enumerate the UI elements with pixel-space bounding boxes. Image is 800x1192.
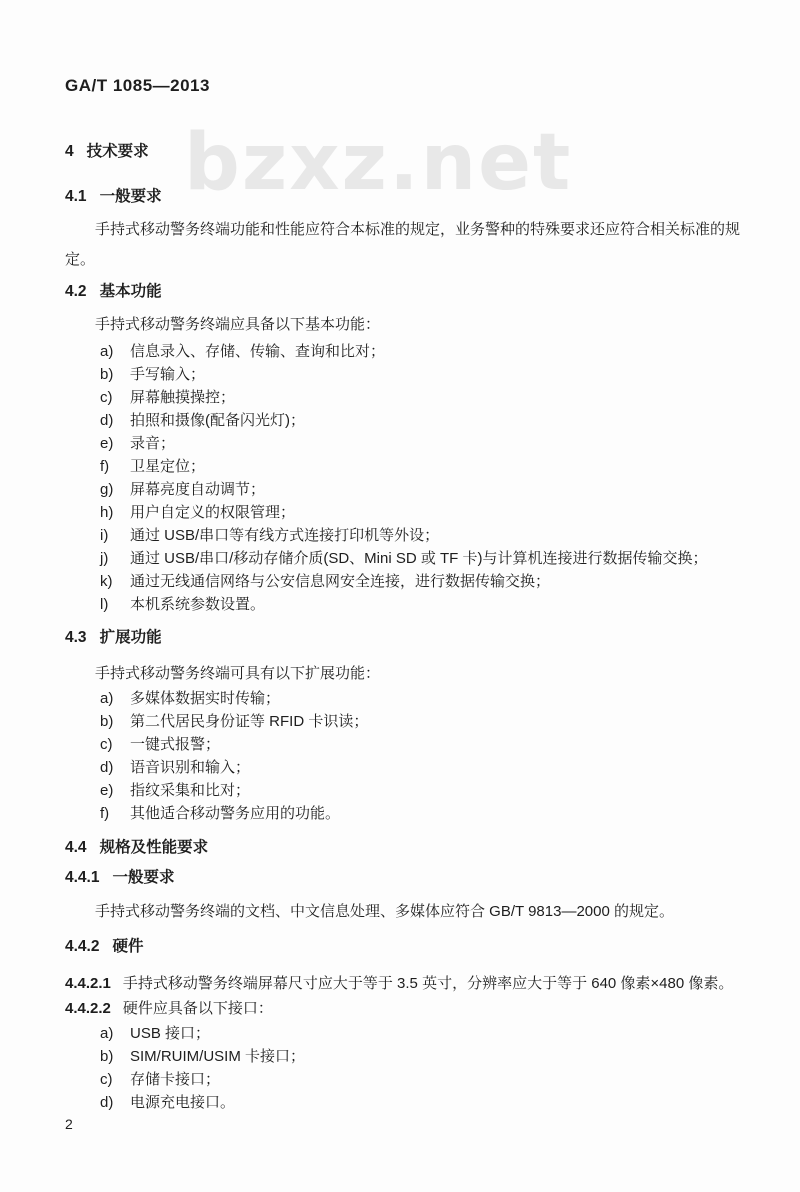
list-item-text: USB 接口； <box>130 1022 751 1045</box>
list-item-text: 第二代居民身份证等 RFID 卡识读； <box>130 710 751 733</box>
list-item-text: 存储卡接口； <box>130 1068 751 1091</box>
list-item: d)电源充电接口。 <box>100 1091 751 1114</box>
list-item-text: 其他适合移动警务应用的功能。 <box>130 802 751 825</box>
section-title: 扩展功能 <box>100 629 162 646</box>
list-item: g)屏幕亮度自动调节； <box>100 478 751 501</box>
list-item-text: 拍照和摄像(配备闪光灯)； <box>130 409 751 432</box>
list-item-text: 屏幕触摸操控； <box>130 386 751 409</box>
list-item: a)USB 接口； <box>100 1022 751 1045</box>
list-item-text: 手写输入； <box>130 363 751 386</box>
section-number: 4.4 <box>65 838 87 858</box>
list-item-label: e) <box>100 432 130 455</box>
list-item: b)手写输入； <box>100 363 751 386</box>
list-item: b)第二代居民身份证等 RFID 卡识读； <box>100 710 751 733</box>
list-item-text: 通过 USB/串口/移动存储介质(SD、Mini SD 或 TF 卡)与计算机连… <box>130 547 751 570</box>
list-item: a)多媒体数据实时传输； <box>100 687 751 710</box>
list-item-label: l) <box>100 593 130 616</box>
list-item-text: 用户自定义的权限管理； <box>130 501 751 524</box>
list-item-label: c) <box>100 386 130 409</box>
list-item: f)卫星定位； <box>100 455 751 478</box>
list-item: d)语音识别和输入； <box>100 756 751 779</box>
list-intro-4-2: 手持式移动警务终端应具备以下基本功能： <box>65 313 751 336</box>
list-item-label: e) <box>100 779 130 802</box>
page-number: 2 <box>65 1114 751 1134</box>
section-heading-4-1: 4.1一般要求 <box>65 187 751 207</box>
section-title: 规格及性能要求 <box>100 839 209 856</box>
clause-4-4-2-1: 4.4.2.1手持式移动警务终端屏幕尺寸应大于等于 3.5 英寸，分辨率应大于等… <box>65 972 751 995</box>
section-number: 4.1 <box>65 187 87 207</box>
list-item: i)通过 USB/串口等有线方式连接打印机等外设； <box>100 524 751 547</box>
clause-number: 4.4.2.2 <box>65 1000 111 1017</box>
list-4-2: a)信息录入、存储、传输、查询和比对； b)手写输入； c)屏幕触摸操控； d)… <box>65 340 751 616</box>
section-number: 4.4.1 <box>65 868 99 888</box>
clause-number: 4.4.2.1 <box>65 975 111 992</box>
clause-4-4-2-2: 4.4.2.2硬件应具备以下接口： <box>65 997 751 1020</box>
page-content: GA/T 1085—2013 4技术要求 4.1一般要求 手持式移动警务终端功能… <box>65 0 751 1134</box>
list-item-text: 通过无线通信网络与公安信息网安全连接，进行数据传输交换； <box>130 570 751 593</box>
section-number: 4 <box>65 142 74 162</box>
section-heading-4-4-1: 4.4.1一般要求 <box>65 868 751 888</box>
section-title: 一般要求 <box>100 188 162 205</box>
list-item-label: b) <box>100 710 130 733</box>
list-item-text: 卫星定位； <box>130 455 751 478</box>
list-item-text: 信息录入、存储、传输、查询和比对； <box>130 340 751 363</box>
list-item-label: a) <box>100 340 130 363</box>
list-item-text: 指纹采集和比对； <box>130 779 751 802</box>
list-item: k)通过无线通信网络与公安信息网安全连接，进行数据传输交换； <box>100 570 751 593</box>
list-item: j)通过 USB/串口/移动存储介质(SD、Mini SD 或 TF 卡)与计算… <box>100 547 751 570</box>
section-title: 硬件 <box>112 938 143 955</box>
list-item-label: h) <box>100 501 130 524</box>
section-number: 4.2 <box>65 282 87 302</box>
list-item: l)本机系统参数设置。 <box>100 593 751 616</box>
list-4-3: a)多媒体数据实时传输； b)第二代居民身份证等 RFID 卡识读； c)一键式… <box>65 687 751 825</box>
section-title: 基本功能 <box>100 283 162 300</box>
list-item-text: 多媒体数据实时传输； <box>130 687 751 710</box>
list-item-text: 屏幕亮度自动调节； <box>130 478 751 501</box>
list-item-label: i) <box>100 524 130 547</box>
list-item-label: f) <box>100 455 130 478</box>
section-heading-4-4-2: 4.4.2硬件 <box>65 937 751 957</box>
list-item: c)一键式报警； <box>100 733 751 756</box>
document-page: bzxz.net GA/T 1085—2013 4技术要求 4.1一般要求 手持… <box>0 0 800 1192</box>
section-heading-4-2: 4.2基本功能 <box>65 282 751 302</box>
section-heading-4-3: 4.3扩展功能 <box>65 628 751 648</box>
paragraph-4-1: 手持式移动警务终端功能和性能应符合本标准的规定，业务警种的特殊要求还应符合相关标… <box>65 215 751 275</box>
list-item-label: d) <box>100 756 130 779</box>
standard-code: GA/T 1085—2013 <box>65 76 751 96</box>
list-item-text: 本机系统参数设置。 <box>130 593 751 616</box>
section-heading-4: 4技术要求 <box>65 142 751 162</box>
list-item-label: j) <box>100 547 130 570</box>
list-item-label: f) <box>100 802 130 825</box>
list-item-text: SIM/RUIM/USIM 卡接口； <box>130 1045 751 1068</box>
list-item-text: 通过 USB/串口等有线方式连接打印机等外设； <box>130 524 751 547</box>
list-item: e)录音； <box>100 432 751 455</box>
clause-text: 硬件应具备以下接口： <box>123 1000 273 1017</box>
list-item-text: 电源充电接口。 <box>130 1091 751 1114</box>
section-number: 4.4.2 <box>65 937 99 957</box>
section-number: 4.3 <box>65 628 87 648</box>
list-item: c)屏幕触摸操控； <box>100 386 751 409</box>
list-4-4-2-2: a)USB 接口； b)SIM/RUIM/USIM 卡接口； c)存储卡接口； … <box>65 1022 751 1114</box>
list-item-label: d) <box>100 409 130 432</box>
list-item: b)SIM/RUIM/USIM 卡接口； <box>100 1045 751 1068</box>
list-item: a)信息录入、存储、传输、查询和比对； <box>100 340 751 363</box>
section-title: 一般要求 <box>112 869 174 886</box>
list-item: d)拍照和摄像(配备闪光灯)； <box>100 409 751 432</box>
section-title: 技术要求 <box>87 143 149 160</box>
clause-text: 手持式移动警务终端屏幕尺寸应大于等于 3.5 英寸，分辨率应大于等于 640 像… <box>123 975 734 992</box>
list-item-label: g) <box>100 478 130 501</box>
list-item-text: 录音； <box>130 432 751 455</box>
list-item-label: c) <box>100 1068 130 1091</box>
list-item-text: 语音识别和输入； <box>130 756 751 779</box>
list-item-label: b) <box>100 1045 130 1068</box>
list-item-label: c) <box>100 733 130 756</box>
list-item: e)指纹采集和比对； <box>100 779 751 802</box>
list-item: f)其他适合移动警务应用的功能。 <box>100 802 751 825</box>
paragraph-4-4-1: 手持式移动警务终端的文档、中文信息处理、多媒体应符合 GB/T 9813—200… <box>65 900 751 923</box>
list-item: c)存储卡接口； <box>100 1068 751 1091</box>
list-item-label: a) <box>100 687 130 710</box>
list-item-label: b) <box>100 363 130 386</box>
section-heading-4-4: 4.4规格及性能要求 <box>65 838 751 858</box>
list-item: h)用户自定义的权限管理； <box>100 501 751 524</box>
list-item-label: k) <box>100 570 130 593</box>
list-item-text: 一键式报警； <box>130 733 751 756</box>
list-item-label: a) <box>100 1022 130 1045</box>
list-intro-4-3: 手持式移动警务终端可具有以下扩展功能： <box>65 662 751 685</box>
list-item-label: d) <box>100 1091 130 1114</box>
